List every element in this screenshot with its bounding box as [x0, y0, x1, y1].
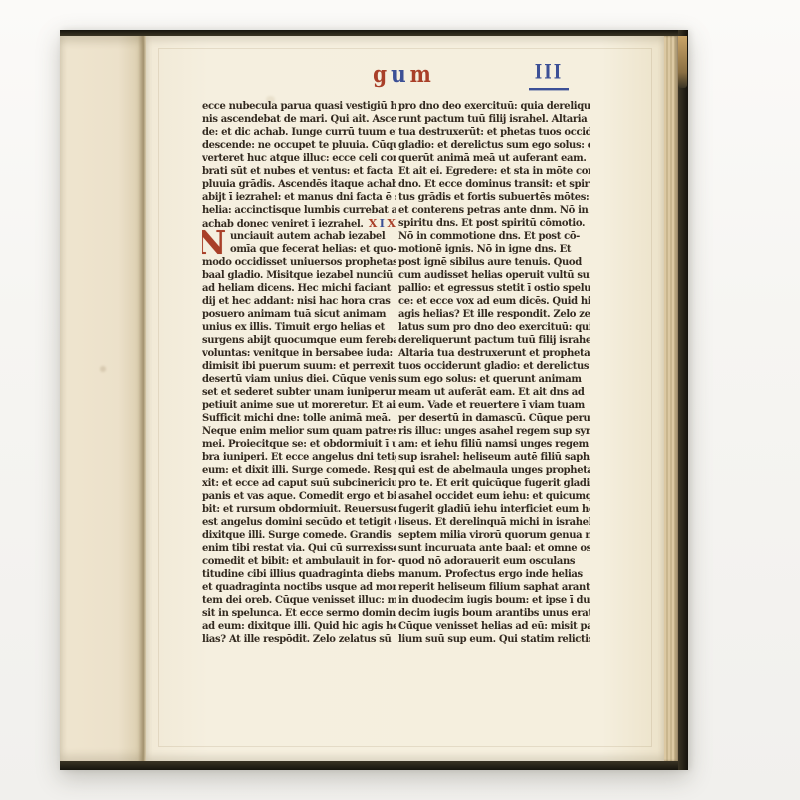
text-line-text: septem milia virorū quorum genua nō [398, 530, 590, 541]
text-line-text: baal gladio. Misitque iezabel nunciū [202, 270, 393, 281]
text-line: comedit et bibit: et ambulauit in for- [202, 555, 396, 568]
text-line: runt pactum tuū filij israhel. Altaria [398, 113, 590, 126]
text-line-text: est angelus domini secūdo et tetigit eū: [202, 517, 396, 528]
text-line: posuero animam tuā sicut animam [202, 308, 396, 321]
text-line: fugerit gladiū iehu interficiet eum he- [398, 503, 590, 516]
text-line: achab donec veniret ī iezrahel. XIX [202, 217, 396, 230]
text-line: Cūque venisset helias ad eū: misit pal- [398, 620, 590, 633]
text-line-text: et conterens petras ante dnm. Nō in [398, 205, 588, 216]
text-line-text: comedit et bibit: et ambulauit in for- [202, 556, 395, 567]
text-line: nis ascendebat de mari. Qui ait. Ascen- [202, 113, 396, 126]
text-line-text: sit in spelunca. Et ecce sermo domini [202, 608, 396, 619]
text-line-text: pallio: et egressus stetit ī ostio spelu… [398, 283, 590, 294]
text-line: enim tibi restat via. Qui cū surrexisset [202, 542, 396, 555]
text-line-text: Et ait ei. Egredere: et sta in mōte corā [398, 166, 590, 177]
folio-number: III [529, 62, 569, 91]
text-line-text: achab donec veniret ī iezrahel. [202, 219, 367, 230]
text-line-text: manum. Profectus ergo inde helias [398, 569, 583, 580]
text-line: lium suū sup eum. Qui statim relictis [398, 633, 590, 646]
text-line-text: pro dno deo exercituū: quia derelique- [398, 101, 590, 112]
text-line: post ignē sibilus aure tenuis. Quod [398, 256, 590, 269]
text-line-text: pro te. Et erit quicūque fugerit gladiū [398, 478, 590, 489]
text-line-text: tua destruxerūt: et phetas tuos occiderū… [398, 127, 590, 138]
text-line-text: Altaria tua destruxerunt et prophetas [398, 348, 590, 359]
text-line-text: posuero animam tuā sicut animam [202, 309, 386, 320]
text-line: motionē ignis. Nō in igne dns. Et [398, 243, 590, 256]
text-line-text: surgens abijt quocumque eum ferebat [202, 335, 396, 346]
text-line: helia: accinctisque lumbis currebat ante [202, 204, 396, 217]
text-line-text: spiritu dns. Et post spiritū cōmotio. [398, 218, 585, 229]
text-line: brati sūt et nubes et ventus: et facta ē [202, 165, 396, 178]
text-line: et conterens petras ante dnm. Nō in [398, 204, 590, 217]
text-line-text: bit: et rursum obdormiuit. Reuersusque [202, 504, 396, 515]
text-line-text: et quadraginta noctibs usque ad mon- [202, 582, 396, 593]
text-line-text: descende: ne occupet te pluuia. Cūque se [202, 140, 396, 151]
text-line-text: motionē ignis. Nō in igne dns. Et [398, 244, 571, 255]
text-line: titudine cibi illius quadraginta diebs [202, 568, 396, 581]
text-line: unius ex illis. Timuit ergo helias et [202, 321, 396, 334]
text-line: abijt ī iezrahel: et manus dni facta ē s… [202, 191, 396, 204]
text-line-text: Sufficit michi dne: tolle animā meā. [202, 413, 391, 424]
text-line-text: pluuia grādis. Ascendēs itaque achab [202, 179, 396, 190]
text-line: manum. Profectus ergo inde helias [398, 568, 590, 581]
text-line: sum ego solus: et querunt animam [398, 373, 590, 386]
text-line-text: post ignē sibilus aure tenuis. Quod [398, 257, 582, 268]
fox-spot [100, 366, 106, 372]
text-line: per desertū in damascū. Cūque peruene- [398, 412, 590, 425]
text-line-text: reperit heliseum filium saphat arantē [398, 582, 590, 593]
text-line: descende: ne occupet te pluuia. Cūque se [202, 139, 396, 152]
text-line: voluntas: venitque in bersabee iuda: et [202, 347, 396, 360]
text-line-text: titudine cibi illius quadraginta diebs [202, 569, 395, 580]
text-line: agis helias? Et ille respondit. Zelo ze- [398, 308, 590, 321]
text-line: pluuia grādis. Ascendēs itaque achab [202, 178, 396, 191]
running-title-letter: u [391, 60, 410, 88]
text-line-text: de: et dic achab. Iunge currū tuum et [202, 127, 396, 138]
text-line: de: et dic achab. Iunge currū tuum et [202, 126, 396, 139]
text-line: petiuit anime sue ut moreretur. Et ait. [202, 399, 396, 412]
text-column-left: N ecce nubecula parua quasi vestigiū hom… [202, 100, 396, 648]
text-line-text: eum. Vade et reuertere ī viam tuam [398, 400, 585, 411]
text-column-right: pro dno deo exercituū: quia derelique-ru… [398, 100, 590, 648]
text-line: ce: et ecce vox ad eum dicēs. Quid hic [398, 295, 590, 308]
text-line-text: asahel occidet eum iehu: et quicumque [398, 491, 590, 502]
text-line: pro dno deo exercituū: quia derelique- [398, 100, 590, 113]
text-line-text: xit: et ecce ad caput suū subcinericius [202, 478, 396, 489]
text-line: unciauit autem achab iezabel [202, 230, 396, 243]
text-line-text: querūt animā meā ut auferant eam. [398, 153, 587, 164]
text-line: qui est de abelmaula unges prophetam [398, 464, 590, 477]
text-line-text: tus grādis et fortis subuertēs mōtes: [398, 192, 589, 203]
text-line-text: bra iuniperi. Et ecce angelus dni tetigi… [202, 452, 396, 463]
text-line: dno. Et ecce dominus transit: et spiri- [398, 178, 590, 191]
text-line-text: ris illuc: unges asahel regem sup syri- [398, 426, 590, 437]
text-line-text: per desertū in damascū. Cūque peruene- [398, 413, 590, 424]
text-line: meam ut auferāt eam. Et ait dns ad [398, 386, 590, 399]
text-line-text: dno. Et ecce dominus transit: et spiri- [398, 179, 590, 190]
text-line: asahel occidet eum iehu: et quicumque [398, 490, 590, 503]
text-line: sup israhel: heliseum autē filiū saphat [398, 451, 590, 464]
text-line-text: brati sūt et nubes et ventus: et facta ē [202, 166, 396, 177]
text-line: spiritu dns. Et post spiritū cōmotio. [398, 217, 590, 230]
text-line-text: nis ascendebat de mari. Qui ait. Ascen- [202, 114, 396, 125]
text-line: eum: et dixit illi. Surge comede. Respe- [202, 464, 396, 477]
text-line-text: desertū viam unius diei. Cūque venis- [202, 374, 396, 385]
text-line: quod nō adorauerit eum osculans [398, 555, 590, 568]
text-line: ecce nubecula parua quasi vestigiū homi- [202, 100, 396, 113]
text-line: am: et iehu filiū namsi unges regem [398, 438, 590, 451]
text-line-text: helia: accinctisque lumbis currebat ante [202, 205, 396, 216]
text-line: ris illuc: unges asahel regem sup syri- [398, 425, 590, 438]
text-line: baal gladio. Misitque iezabel nunciū [202, 269, 396, 282]
text-line-text: verteret huc atque illuc: ecce celi cont… [202, 153, 396, 164]
text-line: set et sederet subter unam iuniperum: [202, 386, 396, 399]
text-line: et quadraginta noctibs usque ad mon- [202, 581, 396, 594]
text-line: cum audisset helias operuit vultū suū [398, 269, 590, 282]
text-line-text: panis et vas aque. Comedit ergo et bi- [202, 491, 396, 502]
text-line: Sufficit michi dne: tolle animā meā. [202, 412, 396, 425]
left-flyleaf [60, 36, 143, 761]
text-line-text: abijt ī iezrahel: et manus dni facta ē s… [202, 192, 396, 203]
text-line: dixitque illi. Surge comede. Grandis [202, 529, 396, 542]
text-line: tus grādis et fortis subuertēs mōtes: [398, 191, 590, 204]
text-line-text: gladio: et derelictus sum ego solus: et [398, 140, 590, 151]
text-line: in duodecim iugis boum: et ipse ī duo- [398, 594, 590, 607]
text-line-text: omīa que fecerat helias: et quo- [230, 244, 396, 255]
text-line: querūt animā meā ut auferant eam. [398, 152, 590, 165]
text-line-text: Nō in commotione dns. Et post cō- [398, 231, 580, 242]
text-line: tuos occiderunt gladio: et derelictus [398, 360, 590, 373]
worn-corner [678, 36, 687, 88]
text-line-text: tem dei oreb. Cūque venisset illuc: man- [202, 595, 396, 606]
text-line: ad heliam dicens. Hec michi faciant [202, 282, 396, 295]
cover-bottom-edge [60, 761, 688, 770]
chapter-numeral-letter: X [367, 217, 378, 230]
text-line-text: qui est de abelmaula unges prophetam [398, 465, 590, 476]
text-line-text: liseus. Et derelinquā michi in israhel [398, 517, 590, 528]
text-line: xit: et ecce ad caput suū subcinericius [202, 477, 396, 490]
text-line: dij et hec addant: nisi hac hora cras [202, 295, 396, 308]
text-line-text: runt pactum tuū filij israhel. Altaria [398, 114, 587, 125]
text-line-text: eum: et dixit illi. Surge comede. Respe- [202, 465, 396, 476]
text-line-text: dereliquerunt pactum tuū filij israhel. [398, 335, 590, 346]
text-line-text: enim tibi restat via. Qui cū surrexisset [202, 543, 396, 554]
text-line-text: ecce nubecula parua quasi vestigiū homi- [202, 101, 396, 112]
text-line: sunt incuruata ante baal: et omne os [398, 542, 590, 555]
text-line-text: voluntas: venitque in bersabee iuda: et [202, 348, 396, 359]
text-line-text: sum ego solus: et querunt animam [398, 374, 582, 385]
text-line: bra iuniperi. Et ecce angelus dni tetigi… [202, 451, 396, 464]
text-line-text: modo occidisset uniuersos prophetas [202, 257, 396, 268]
text-line-text: unius ex illis. Timuit ergo helias et [202, 322, 385, 333]
text-line-text: lium suū sup eum. Qui statim relictis [398, 634, 590, 645]
text-line-text: tuos occiderunt gladio: et derelictus [398, 361, 589, 372]
text-line-text: unciauit autem achab iezabel [230, 231, 385, 242]
text-line: septem milia virorū quorum genua nō [398, 529, 590, 542]
text-line-text: ad eum: dixitque illi. Quid hic agis he- [202, 621, 396, 632]
running-title-letter: m [410, 60, 435, 88]
text-line: surgens abijt quocumque eum ferebat [202, 334, 396, 347]
text-line: modo occidisset uniuersos prophetas [202, 256, 396, 269]
text-line: Et ait ei. Egredere: et sta in mōte corā [398, 165, 590, 178]
text-line-text: sunt incuruata ante baal: et omne os [398, 543, 590, 554]
text-line-text: mei. Proiecitque se: et obdormiuit ī um- [202, 439, 396, 450]
text-line: lias? At ille respōdit. Zelo zelatus sū [202, 633, 396, 646]
text-line-text: dij et hec addant: nisi hac hora cras [202, 296, 391, 307]
text-line: verteret huc atque illuc: ecce celi cont… [202, 152, 396, 165]
text-line-text: in duodecim iugis boum: et ipse ī duo- [398, 595, 590, 606]
running-title-letter: g [373, 60, 391, 88]
text-line-text: agis helias? Et ille respondit. Zelo ze- [398, 309, 590, 320]
text-line: tem dei oreb. Cūque venisset illuc: man- [202, 594, 396, 607]
text-line-text: dixitque illi. Surge comede. Grandis [202, 530, 391, 541]
text-line-text: sup israhel: heliseum autē filiū saphat [398, 452, 590, 463]
text-line-text: dimisit ibi puerum suum: et perrexit in [202, 361, 396, 372]
text-line: liseus. Et derelinquā michi in israhel [398, 516, 590, 529]
text-line: latus sum pro dno deo exercituū: quia [398, 321, 590, 334]
chapter-numeral-letter: X [385, 217, 396, 230]
book: gum III N ecce nubecula parua quasi vest… [60, 30, 688, 770]
text-line-text: Cūque venisset helias ad eū: misit pal- [398, 621, 590, 632]
text-line: desertū viam unius diei. Cūque venis- [202, 373, 396, 386]
text-line-text: Neque enim melior sum quam patres [202, 426, 396, 437]
text-line: dimisit ibi puerum suum: et perrexit in [202, 360, 396, 373]
text-line-text: ce: et ecce vox ad eum dicēs. Quid hic [398, 296, 590, 307]
recto-page: gum III N ecce nubecula parua quasi vest… [146, 36, 664, 761]
text-line-text: ad heliam dicens. Hec michi faciant [202, 283, 391, 294]
chapter-initial: N [202, 228, 226, 258]
text-line-text: petiuit anime sue ut moreretur. Et ait. [202, 400, 396, 411]
text-line-text: meam ut auferāt eam. Et ait dns ad [398, 387, 585, 398]
text-line: pallio: et egressus stetit ī ostio spelu… [398, 282, 590, 295]
text-line: dereliquerunt pactum tuū filij israhel. [398, 334, 590, 347]
text-line-text: decim iugis boum arantibs unus erat. [398, 608, 590, 619]
text-line: omīa que fecerat helias: et quo- [202, 243, 396, 256]
text-line: decim iugis boum arantibs unus erat. [398, 607, 590, 620]
text-line: est angelus domini secūdo et tetigit eū: [202, 516, 396, 529]
text-line: eum. Vade et reuertere ī viam tuam [398, 399, 590, 412]
text-line-text: fugerit gladiū iehu interficiet eum he- [398, 504, 590, 515]
text-line: bit: et rursum obdormiuit. Reuersusque [202, 503, 396, 516]
running-title: gum [364, 62, 444, 88]
text-line: mei. Proiecitque se: et obdormiuit ī um- [202, 438, 396, 451]
text-line: tua destruxerūt: et phetas tuos occiderū… [398, 126, 590, 139]
text-line: Altaria tua destruxerunt et prophetas [398, 347, 590, 360]
text-line: ad eum: dixitque illi. Quid hic agis he- [202, 620, 396, 633]
text-line: Nō in commotione dns. Et post cō- [398, 230, 590, 243]
text-line: sit in spelunca. Et ecce sermo domini [202, 607, 396, 620]
text-line: pro te. Et erit quicūque fugerit gladiū [398, 477, 590, 490]
text-line: reperit heliseum filium saphat arantē [398, 581, 590, 594]
text-line-text: lias? At ille respōdit. Zelo zelatus sū [202, 634, 391, 645]
text-line-text: am: et iehu filiū namsi unges regem [398, 439, 589, 450]
text-line: Neque enim melior sum quam patres [202, 425, 396, 438]
text-line: gladio: et derelictus sum ego solus: et [398, 139, 590, 152]
text-line: panis et vas aque. Comedit ergo et bi- [202, 490, 396, 503]
cover-right-edge [678, 30, 688, 770]
text-line-text: quod nō adorauerit eum osculans [398, 556, 575, 567]
text-line-text: set et sederet subter unam iuniperum: [202, 387, 396, 398]
text-line-text: cum audisset helias operuit vultū suū [398, 270, 590, 281]
fore-edge [664, 36, 678, 761]
text-line-text: latus sum pro dno deo exercituū: quia [398, 322, 590, 333]
